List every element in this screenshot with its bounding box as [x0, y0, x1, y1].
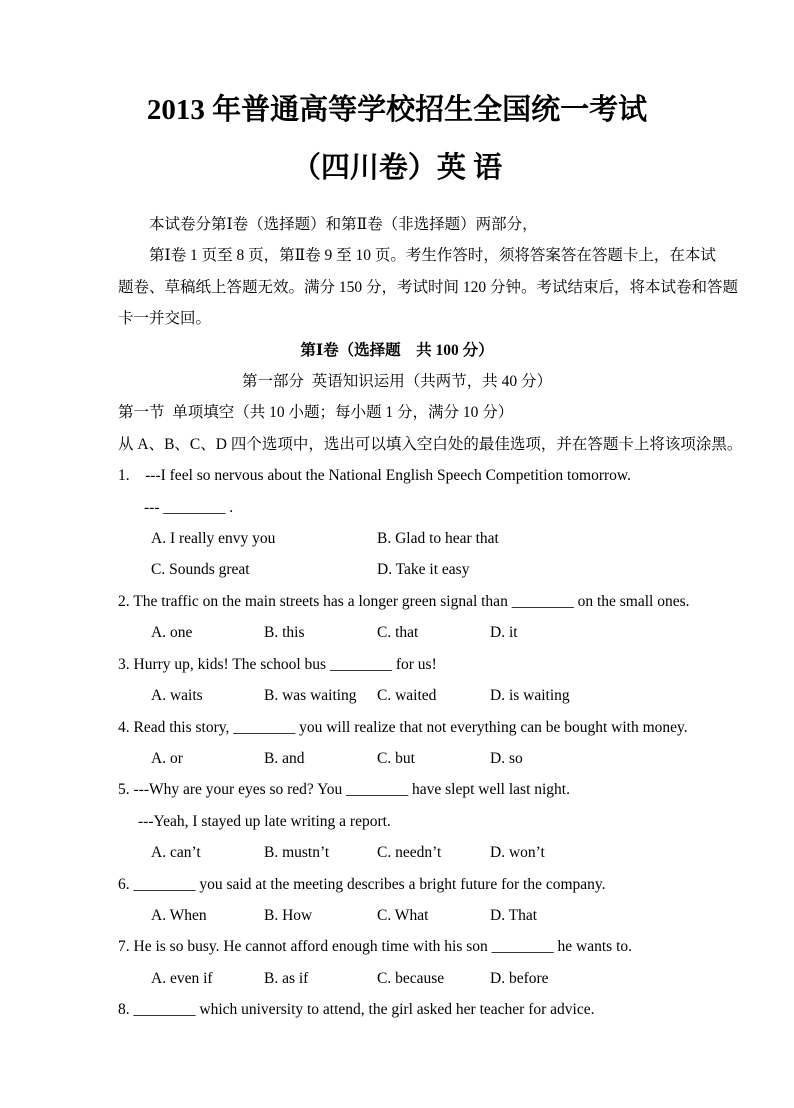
question-7-option-b: B. as if — [264, 963, 377, 994]
question-2-text: 2. The traffic on the main streets has a… — [118, 586, 676, 617]
question-1-options-row-1: A. I really envy youB. Glad to hear that — [118, 523, 676, 554]
exam-body: 本试卷分第Ⅰ卷（选择题）和第Ⅱ卷（非选择题）两部分， 第Ⅰ卷 1 页至 8 页，… — [118, 209, 676, 1026]
question-2-option-b: B. this — [264, 617, 377, 648]
question-7-text: 7. He is so busy. He cannot afford enoug… — [118, 931, 676, 962]
question-4-option-d: D. so — [490, 743, 523, 774]
question-5-option-c: C. needn’t — [377, 837, 490, 868]
question-6-options-row: A. WhenB. HowC. WhatD. That — [118, 900, 676, 931]
question-1-option-a: A. I really envy you — [151, 523, 377, 554]
question-2-option-c: C. that — [377, 617, 490, 648]
question-3-option-b: B. was waiting — [264, 680, 377, 711]
section1-instruction: 从 A、B、C、D 四个选项中，选出可以填入空白处的最佳选项，并在答题卡上将该项… — [118, 429, 676, 460]
question-1-option-d: D. Take it easy — [377, 554, 469, 585]
part1-heading: 第Ⅰ卷（选择题 共 100 分） — [118, 335, 676, 366]
question-6-option-d: D. That — [490, 900, 537, 931]
question-5-options-row: A. can’tB. mustn’tC. needn’tD. won’t — [118, 837, 676, 868]
question-1-option-c: C. Sounds great — [151, 554, 377, 585]
question-7-option-c: C. because — [377, 963, 490, 994]
question-5-reply-line: ---Yeah, I stayed up late writing a repo… — [118, 806, 676, 837]
intro-line-2: 第Ⅰ卷 1 页至 8 页，第Ⅱ卷 9 至 10 页。考生作答时，须将答案答在答题… — [118, 240, 676, 271]
question-3-option-c: C. waited — [377, 680, 490, 711]
question-8-text: 8. ________ which university to attend, … — [118, 994, 676, 1025]
question-1-text: 1. ---I feel so nervous about the Nation… — [118, 460, 676, 491]
question-2-options-row: A. oneB. thisC. thatD. it — [118, 617, 676, 648]
question-1-option-b: B. Glad to hear that — [377, 523, 499, 554]
question-4-option-b: B. and — [264, 743, 377, 774]
question-3-options-row: A. waitsB. was waitingC. waitedD. is wai… — [118, 680, 676, 711]
part1-subheading: 第一部分 英语知识运用（共两节，共 40 分） — [118, 366, 676, 397]
question-6-option-a: A. When — [151, 900, 264, 931]
question-3-text: 3. Hurry up, kids! The school bus ______… — [118, 649, 676, 680]
exam-paper-page: 2013 年普通高等学校招生全国统一考试 （四川卷）英 语 本试卷分第Ⅰ卷（选择… — [0, 0, 794, 1108]
exam-title: 2013 年普通高等学校招生全国统一考试 — [118, 93, 676, 127]
question-5-option-b: B. mustn’t — [264, 837, 377, 868]
question-4-option-a: A. or — [151, 743, 264, 774]
question-4-option-c: C. but — [377, 743, 490, 774]
question-4-options-row: A. orB. andC. butD. so — [118, 743, 676, 774]
question-2-option-d: D. it — [490, 617, 518, 648]
question-7-options-row: A. even ifB. as ifC. becauseD. before — [118, 963, 676, 994]
question-6-option-b: B. How — [264, 900, 377, 931]
question-5-option-d: D. won’t — [490, 837, 545, 868]
question-5-text: 5. ---Why are your eyes so red? You ____… — [118, 774, 676, 805]
question-3-option-d: D. is waiting — [490, 680, 570, 711]
question-6-text: 6. ________ you said at the meeting desc… — [118, 869, 676, 900]
intro-line-4: 卡一并交回。 — [118, 303, 676, 334]
question-2-option-a: A. one — [151, 617, 264, 648]
question-7-option-d: D. before — [490, 963, 549, 994]
intro-line-1: 本试卷分第Ⅰ卷（选择题）和第Ⅱ卷（非选择题）两部分， — [118, 209, 676, 240]
question-4-text: 4. Read this story, ________ you will re… — [118, 712, 676, 743]
question-7-option-a: A. even if — [151, 963, 264, 994]
question-1-blank-line: --- ________ . — [118, 492, 676, 523]
exam-subtitle: （四川卷）英 语 — [118, 151, 676, 185]
section1-heading: 第一节 单项填空（共 10 小题；每小题 1 分，满分 10 分） — [118, 397, 676, 428]
question-6-option-c: C. What — [377, 900, 490, 931]
intro-line-3: 题卷、草稿纸上答题无效。满分 150 分，考试时间 120 分钟。考试结束后，将… — [118, 272, 676, 303]
question-3-option-a: A. waits — [151, 680, 264, 711]
question-1-options-row-2: C. Sounds greatD. Take it easy — [118, 554, 676, 585]
question-5-option-a: A. can’t — [151, 837, 264, 868]
